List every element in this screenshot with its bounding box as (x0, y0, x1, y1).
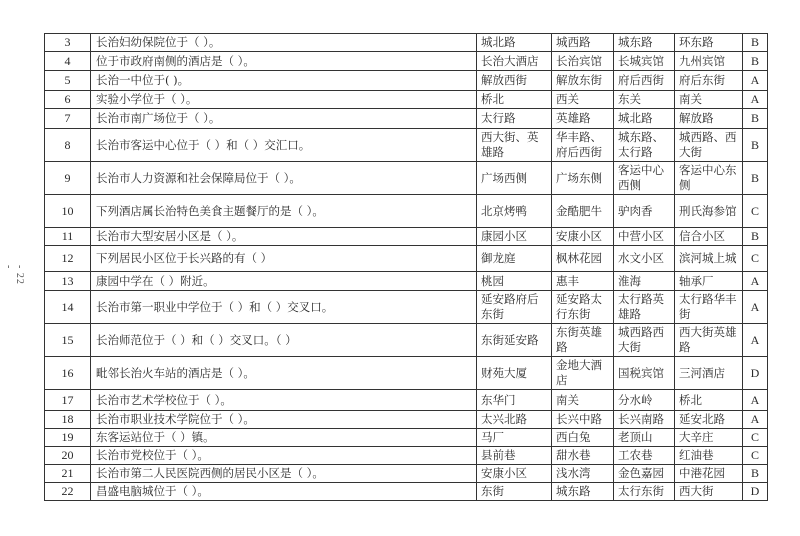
answer-key: A (743, 411, 768, 429)
question-number: 19 (45, 429, 91, 447)
option-a: 东华门 (477, 390, 552, 411)
answer-key: C (743, 246, 768, 272)
option-b: 长兴中路 (552, 411, 614, 429)
question-text: 毗邻长治火车站的酒店是（ ）。 (91, 357, 477, 390)
option-b: 南关 (552, 390, 614, 411)
option-b: 英雄路 (552, 109, 614, 129)
question-number: 13 (45, 272, 91, 291)
table-row: 5长治一中位于( )。解放西街解放东街府后西街府后东街A (45, 71, 768, 91)
option-c: 太行路英雄路 (614, 291, 675, 324)
option-d: 轴承厂 (675, 272, 743, 291)
option-a: 解放西街 (477, 71, 552, 91)
option-b: 东街英雄路 (552, 324, 614, 357)
question-text: 长治市人力资源和社会保障局位于（ ）。 (91, 162, 477, 195)
question-text: 长治市第一职业中学位于（ ）和（ ）交叉口。 (91, 291, 477, 324)
option-b: 金酷肥牛 (552, 195, 614, 228)
option-d: 南关 (675, 91, 743, 109)
question-number: 6 (45, 91, 91, 109)
option-a: 城北路 (477, 34, 552, 52)
question-number: 18 (45, 411, 91, 429)
option-d: 三河酒店 (675, 357, 743, 390)
question-text: 康园中学在（ ）附近。 (91, 272, 477, 291)
option-d: 刑氏海参馆 (675, 195, 743, 228)
option-d: 延安北路 (675, 411, 743, 429)
question-text: 长治市客运中心位于（ ）和（ ）交汇口。 (91, 129, 477, 162)
option-c: 太行东街 (614, 483, 675, 501)
table-row: 20长治市党校位于（ ）。县前巷甜水巷工农巷红油巷C (45, 447, 768, 465)
option-b: 西关 (552, 91, 614, 109)
question-number: 11 (45, 228, 91, 246)
option-a: 广场西侧 (477, 162, 552, 195)
option-b: 浅水湾 (552, 465, 614, 483)
option-c: 城东路 (614, 34, 675, 52)
question-text: 长治市大型安居小区是（ ）。 (91, 228, 477, 246)
question-text: 长治市艺术学校位于（ ）。 (91, 390, 477, 411)
question-number: 10 (45, 195, 91, 228)
answer-key: A (743, 291, 768, 324)
answer-key: C (743, 429, 768, 447)
table-row: 12下列居民小区位于长兴路的有（ ）御龙庭枫林花园水文小区滨河城上城C (45, 246, 768, 272)
question-number: 9 (45, 162, 91, 195)
option-b: 长治宾馆 (552, 52, 614, 71)
answer-key: C (743, 195, 768, 228)
answer-key: B (743, 129, 768, 162)
answer-key: B (743, 162, 768, 195)
option-c: 驴肉香 (614, 195, 675, 228)
table-row: 7长治市南广场位于（ ）。太行路英雄路城北路解放路B (45, 109, 768, 129)
option-b: 金地大酒店 (552, 357, 614, 390)
answer-key: B (743, 34, 768, 52)
option-b: 解放东街 (552, 71, 614, 91)
question-text: 长治市职业技术学院位于（ ）。 (91, 411, 477, 429)
option-a: 太兴北路 (477, 411, 552, 429)
quiz-table: 3长治妇幼保院位于（ ）。城北路城西路城东路环东路B4位于市政府南侧的酒店是（ … (44, 33, 768, 501)
option-c: 水文小区 (614, 246, 675, 272)
question-number: 5 (45, 71, 91, 91)
table-row: 16毗邻长治火车站的酒店是（ ）。财苑大厦金地大酒店国税宾馆三河酒店D (45, 357, 768, 390)
option-d: 环东路 (675, 34, 743, 52)
option-b: 城西路 (552, 34, 614, 52)
question-text: 下列居民小区位于长兴路的有（ ） (91, 246, 477, 272)
option-a: 财苑大厦 (477, 357, 552, 390)
answer-key: C (743, 447, 768, 465)
option-b: 惠丰 (552, 272, 614, 291)
option-b: 安康小区 (552, 228, 614, 246)
question-text: 位于市政府南侧的酒店是（ ）。 (91, 52, 477, 71)
table-row: 13康园中学在（ ）附近。桃园惠丰淮海轴承厂A (45, 272, 768, 291)
question-text: 下列酒店属长治特色美食主题餐厅的是（ ）。 (91, 195, 477, 228)
answer-key: A (743, 390, 768, 411)
table-row: 19东客运站位于（ ）镇。马厂西白兔老顶山大辛庄C (45, 429, 768, 447)
question-text: 东客运站位于（ ）镇。 (91, 429, 477, 447)
question-text: 昌盛电脑城位于（ ）。 (91, 483, 477, 501)
question-number: 3 (45, 34, 91, 52)
answer-key: A (743, 272, 768, 291)
option-a: 县前巷 (477, 447, 552, 465)
answer-key: A (743, 91, 768, 109)
question-number: 22 (45, 483, 91, 501)
question-number: 14 (45, 291, 91, 324)
question-text: 长治妇幼保院位于（ ）。 (91, 34, 477, 52)
option-d: 城西路、西大街 (675, 129, 743, 162)
answer-key: D (743, 357, 768, 390)
question-number: 15 (45, 324, 91, 357)
table-row: 11长治市大型安居小区是（ ）。康园小区安康小区中营小区信合小区B (45, 228, 768, 246)
option-a: 桃园 (477, 272, 552, 291)
table-row: 10下列酒店属长治特色美食主题餐厅的是（ ）。北京烤鸭金酷肥牛驴肉香刑氏海参馆C (45, 195, 768, 228)
option-a: 太行路 (477, 109, 552, 129)
question-number: 21 (45, 465, 91, 483)
option-c: 淮海 (614, 272, 675, 291)
question-text: 长治市党校位于（ ）。 (91, 447, 477, 465)
option-d: 九州宾馆 (675, 52, 743, 71)
table-row: 4位于市政府南侧的酒店是（ ）。长治大酒店长治宾馆长城宾馆九州宾馆B (45, 52, 768, 71)
option-d: 解放路 (675, 109, 743, 129)
option-c: 客运中心西侧 (614, 162, 675, 195)
table-row: 14长治市第一职业中学位于（ ）和（ ）交叉口。延安路府后东街延安路太行东街太行… (45, 291, 768, 324)
table-row: 15长治师范位于（ ）和（ ）交叉口。（ ）东街延安路东街英雄路城西路西大街西大… (45, 324, 768, 357)
option-c: 城北路 (614, 109, 675, 129)
table-row: 9长治市人力资源和社会保障局位于（ ）。广场西侧广场东侧客运中心西侧客运中心东侧… (45, 162, 768, 195)
option-c: 分水岭 (614, 390, 675, 411)
answer-key: B (743, 228, 768, 246)
option-c: 工农巷 (614, 447, 675, 465)
option-a: 桥北 (477, 91, 552, 109)
question-text: 长治一中位于( )。 (91, 71, 477, 91)
option-d: 太行路华丰街 (675, 291, 743, 324)
table-row: 3长治妇幼保院位于（ ）。城北路城西路城东路环东路B (45, 34, 768, 52)
option-b: 城东路 (552, 483, 614, 501)
option-d: 桥北 (675, 390, 743, 411)
table-row: 18长治市职业技术学院位于（ ）。太兴北路长兴中路长兴南路延安北路A (45, 411, 768, 429)
question-number: 4 (45, 52, 91, 71)
option-c: 金色嘉园 (614, 465, 675, 483)
option-b: 枫林花园 (552, 246, 614, 272)
option-c: 府后西街 (614, 71, 675, 91)
question-number: 17 (45, 390, 91, 411)
option-c: 长兴南路 (614, 411, 675, 429)
table-row: 17长治市艺术学校位于（ ）。东华门南关分水岭桥北A (45, 390, 768, 411)
answer-key: A (743, 324, 768, 357)
option-d: 西大街 (675, 483, 743, 501)
question-number: 16 (45, 357, 91, 390)
option-d: 大辛庄 (675, 429, 743, 447)
answer-key: B (743, 52, 768, 71)
option-b: 华丰路、府后西街 (552, 129, 614, 162)
question-number: 7 (45, 109, 91, 129)
answer-key: A (743, 71, 768, 91)
question-text: 实验小学位于（ ）。 (91, 91, 477, 109)
question-text: 长治市第二人民医院西侧的居民小区是（ ）。 (91, 465, 477, 483)
page-number: - 22 - (0, 265, 29, 289)
option-c: 东关 (614, 91, 675, 109)
answer-key: D (743, 483, 768, 501)
option-a: 东街延安路 (477, 324, 552, 357)
option-c: 老顶山 (614, 429, 675, 447)
option-c: 长城宾馆 (614, 52, 675, 71)
option-d: 信合小区 (675, 228, 743, 246)
option-b: 延安路太行东街 (552, 291, 614, 324)
option-d: 西大街英雄路 (675, 324, 743, 357)
option-d: 中港花园 (675, 465, 743, 483)
option-c: 城西路西大街 (614, 324, 675, 357)
option-d: 客运中心东侧 (675, 162, 743, 195)
table-row: 21长治市第二人民医院西侧的居民小区是（ ）。安康小区浅水湾金色嘉园中港花园B (45, 465, 768, 483)
question-text: 长治市南广场位于（ ）。 (91, 109, 477, 129)
option-b: 西白兔 (552, 429, 614, 447)
question-number: 12 (45, 246, 91, 272)
answer-key: B (743, 465, 768, 483)
option-c: 国税宾馆 (614, 357, 675, 390)
option-a: 安康小区 (477, 465, 552, 483)
option-a: 北京烤鸭 (477, 195, 552, 228)
option-b: 甜水巷 (552, 447, 614, 465)
table-row: 22昌盛电脑城位于（ ）。东街城东路太行东街西大街D (45, 483, 768, 501)
option-c: 中营小区 (614, 228, 675, 246)
option-a: 长治大酒店 (477, 52, 552, 71)
question-text: 长治师范位于（ ）和（ ）交叉口。（ ） (91, 324, 477, 357)
option-c: 城东路、太行路 (614, 129, 675, 162)
table-row: 8长治市客运中心位于（ ）和（ ）交汇口。西大街、英雄路华丰路、府后西街城东路、… (45, 129, 768, 162)
option-a: 西大街、英雄路 (477, 129, 552, 162)
option-a: 东街 (477, 483, 552, 501)
option-a: 康园小区 (477, 228, 552, 246)
question-number: 8 (45, 129, 91, 162)
question-number: 20 (45, 447, 91, 465)
option-a: 延安路府后东街 (477, 291, 552, 324)
table-row: 6实验小学位于（ ）。桥北西关东关南关A (45, 91, 768, 109)
option-b: 广场东侧 (552, 162, 614, 195)
option-d: 滨河城上城 (675, 246, 743, 272)
option-d: 府后东街 (675, 71, 743, 91)
option-a: 马厂 (477, 429, 552, 447)
option-d: 红油巷 (675, 447, 743, 465)
answer-key: B (743, 109, 768, 129)
option-a: 御龙庭 (477, 246, 552, 272)
